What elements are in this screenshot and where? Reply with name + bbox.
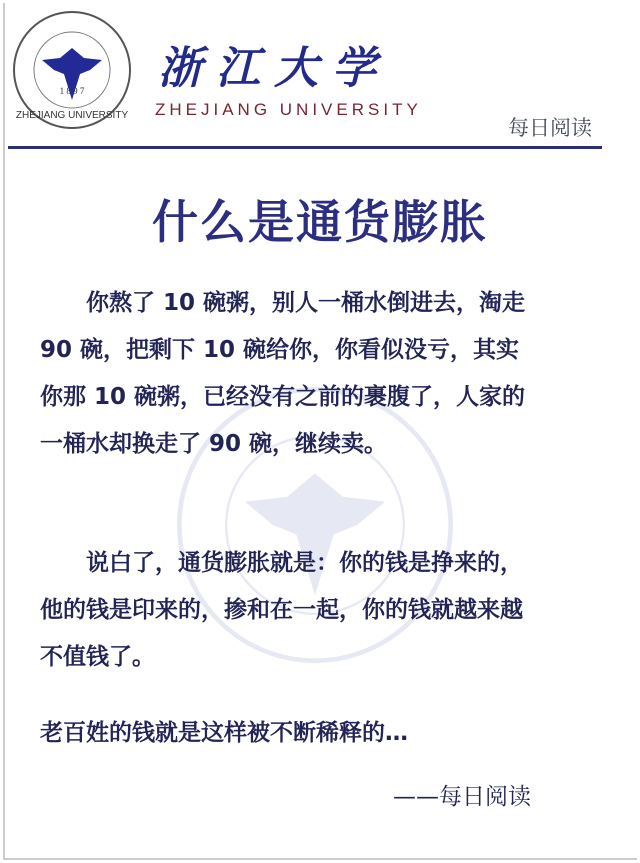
article-title: 什么是通货膨胀 — [0, 186, 640, 252]
paragraph-1: 你熬了 10 碗粥，别人一桶水倒进去，淘走 90 碗，把剩下 10 碗给你，你看… — [40, 280, 540, 468]
signature: ——每日阅读 — [393, 778, 531, 811]
paragraph-3: 老百姓的钱就是这样被不断稀释的… — [40, 710, 540, 757]
brand-name-cn: 浙江大学 — [158, 32, 390, 96]
svg-text:1 8 9 7: 1 8 9 7 — [60, 86, 85, 96]
svg-text:ZHEJIANG UNIVERSITY: ZHEJIANG UNIVERSITY — [16, 110, 129, 121]
paragraph-2: 说白了，通货膨胀就是：你的钱是挣来的，他的钱是印来的，掺和在一起，你的钱就越来越… — [40, 540, 540, 681]
brand-name-en: ZHEJIANG UNIVERSITY — [155, 100, 422, 120]
header-divider — [8, 146, 602, 149]
university-emblem-icon: 1 8 9 7 ZHEJIANG UNIVERSITY — [10, 8, 134, 132]
header-tag: 每日阅读 — [508, 112, 592, 142]
